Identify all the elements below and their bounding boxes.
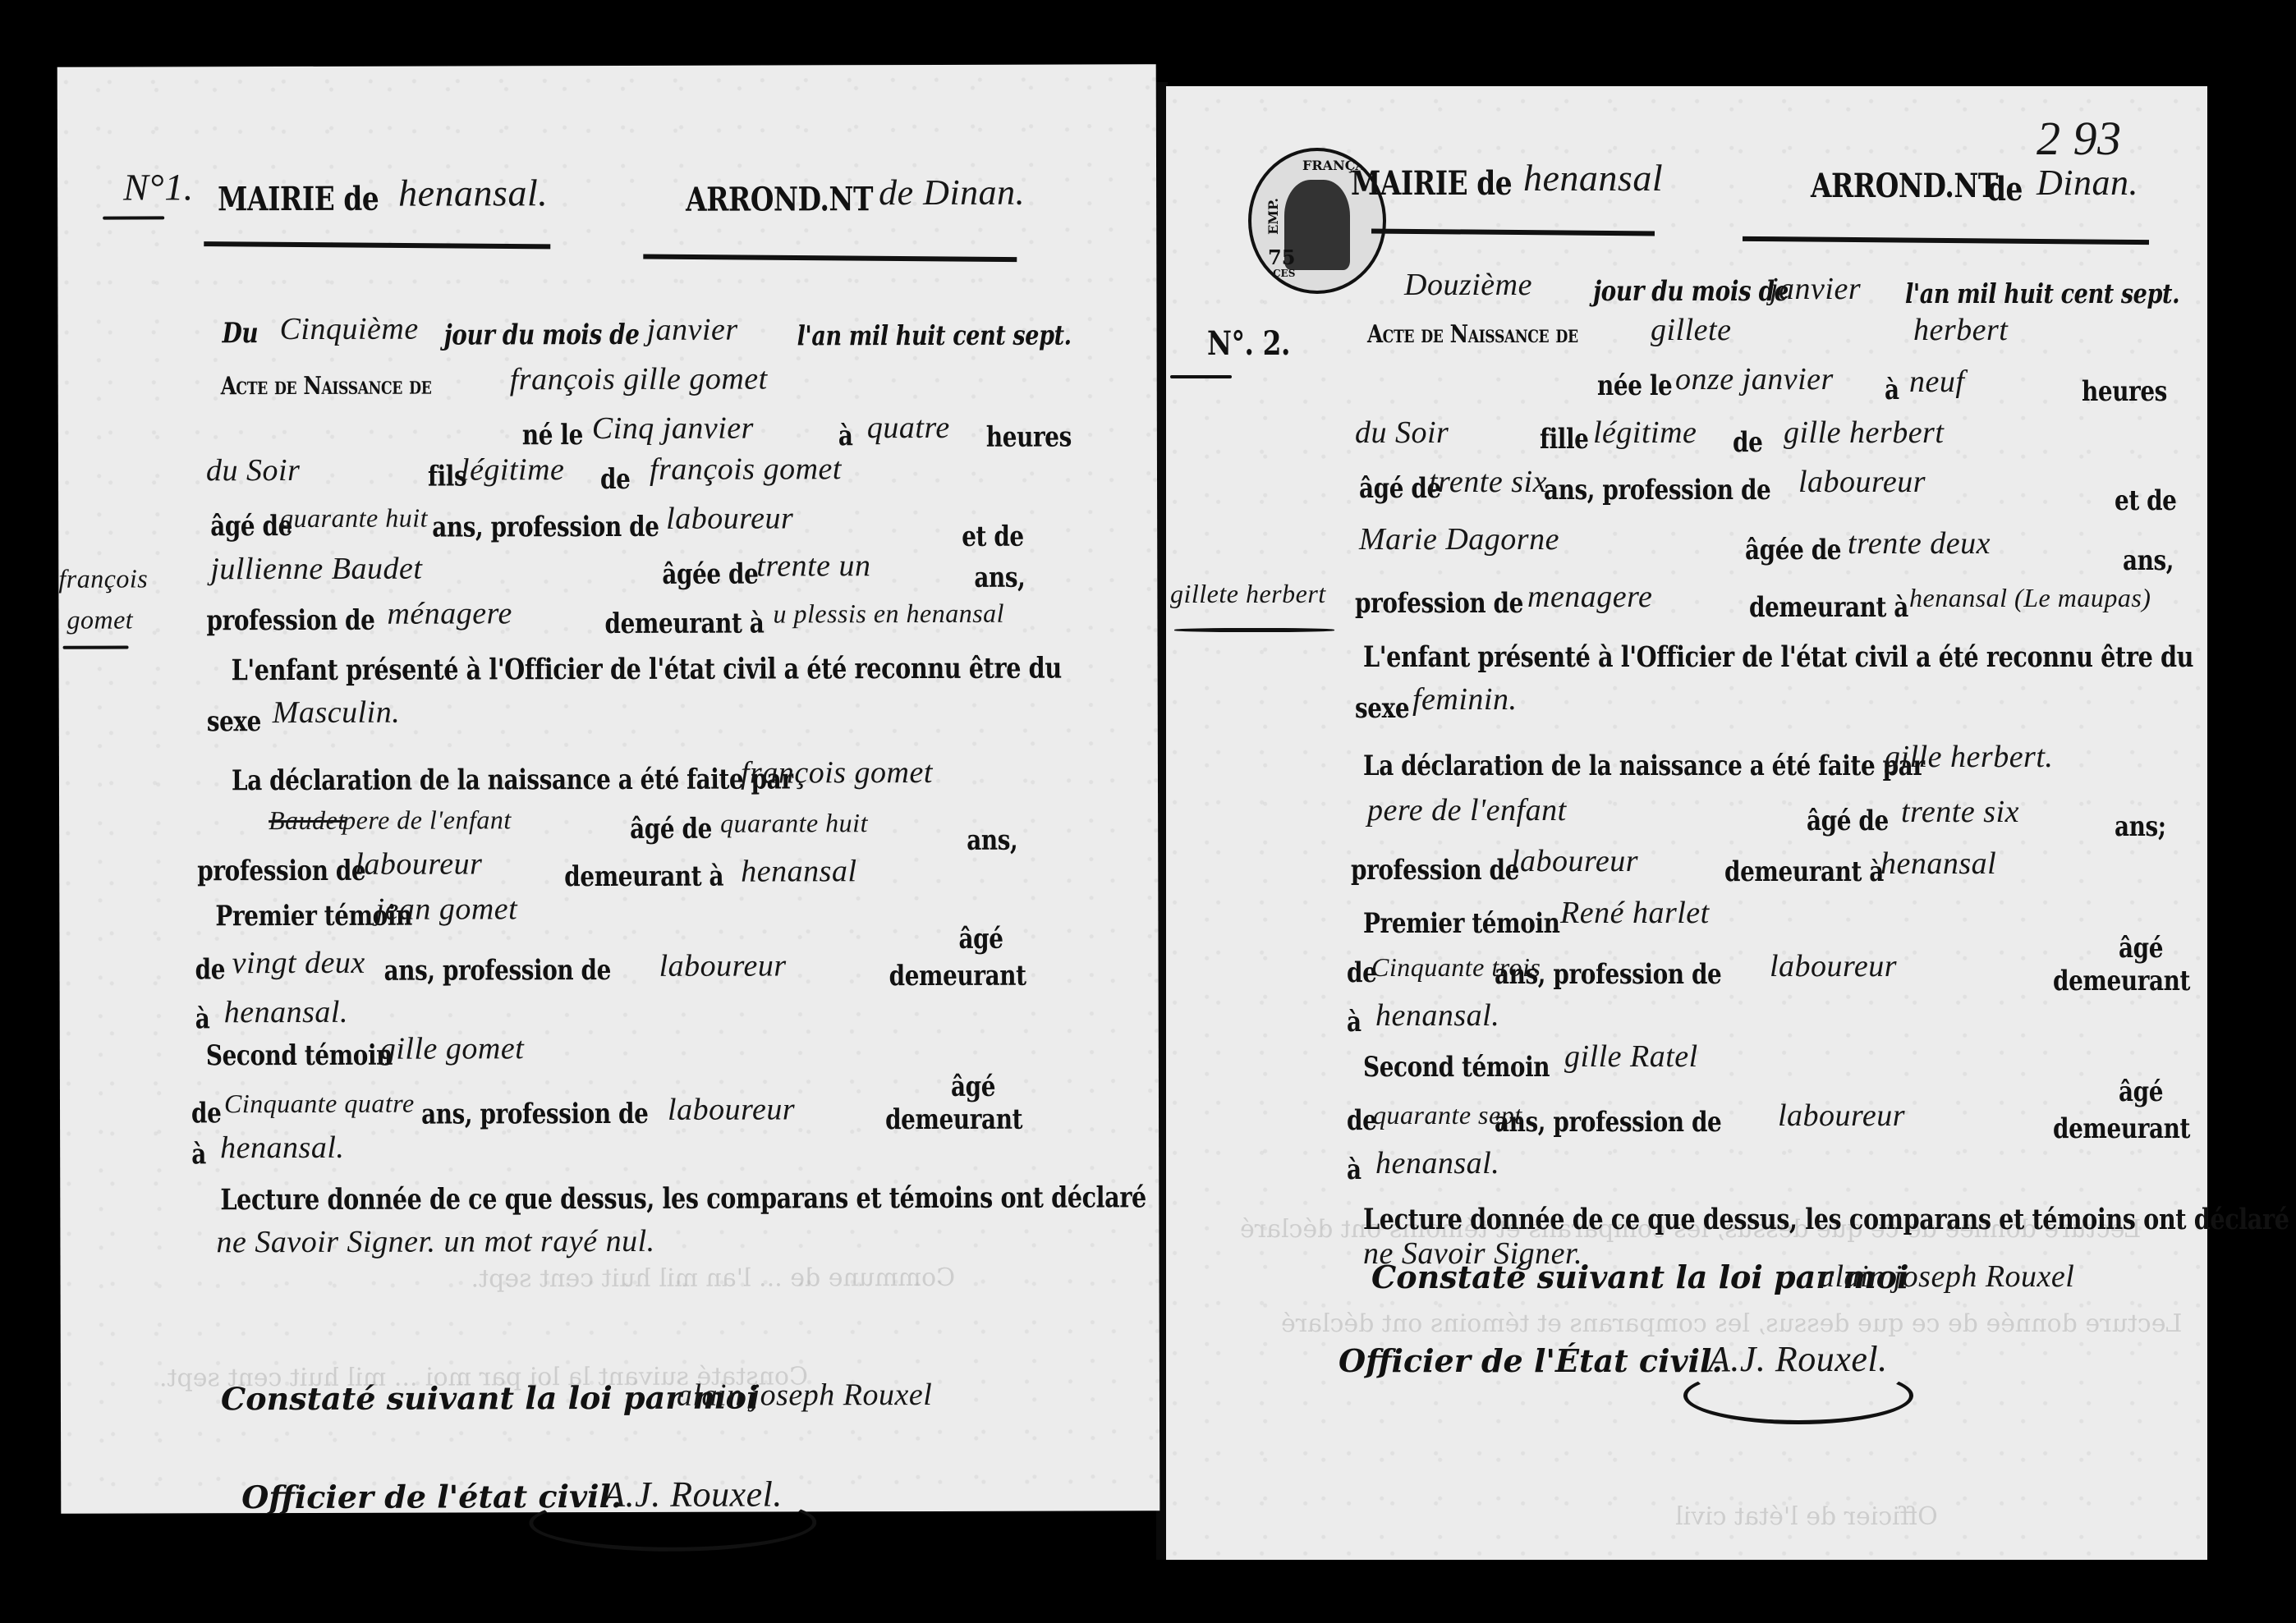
temoin2-age-label: âgé — [2119, 1075, 2163, 1108]
declarant-residence-label: demeurant à — [1724, 855, 1884, 888]
born-label: né le — [522, 419, 583, 452]
temoin2-profession: laboureur — [1778, 1098, 1905, 1134]
temoin1-residence-label: demeurant — [2053, 965, 2190, 997]
mother-ans: ans, — [2123, 544, 2174, 577]
declarant-age: quarante huit — [720, 808, 868, 838]
temoin2-name: gille Ratel — [1564, 1038, 1698, 1075]
date-day: Cinquième — [279, 311, 418, 347]
temoin1-residence: henansal. — [224, 994, 348, 1030]
temoin1-profession: laboureur — [1770, 948, 1897, 984]
declarant-residence-label: demeurant à — [564, 860, 723, 894]
date-suffix: l'an mil huit cent sept. — [797, 319, 1072, 352]
declarant-struck-word: Baudet — [269, 805, 346, 836]
bleed-through-text: Officier de l'état civil — [1675, 1502, 1938, 1531]
temoin2-profession: laboureur — [668, 1091, 795, 1127]
mother-prof-label: profession de — [206, 604, 374, 638]
stamp-side-text: EMP. — [1265, 198, 1281, 235]
acte-label: Acte de Naissance de — [221, 372, 432, 401]
temoin1-a: à — [195, 1002, 210, 1035]
arrondissement-label: ARROND.NT — [686, 180, 873, 219]
father-name: françois gomet — [650, 451, 842, 488]
declarant-relation: pere de l'enfant — [1367, 792, 1567, 828]
enfant-statement: L'enfant présenté à l'Officier de l'état… — [232, 652, 1062, 688]
filiation-value: légitime — [461, 452, 565, 488]
declaration-label: La déclaration de la naissance a été fai… — [1363, 750, 1925, 782]
temoin1-de: de — [195, 953, 226, 986]
mother-age: trente un — [756, 548, 870, 584]
temoin2-residence-label: demeurant — [885, 1103, 1022, 1136]
declaration-label: La déclaration de la naissance a été fai… — [232, 763, 793, 797]
born-hour: quatre — [867, 410, 950, 446]
date-month: janvier — [1770, 271, 1861, 307]
lecture-statement: Lecture donnée de ce que dessus, les com… — [220, 1181, 1146, 1217]
stamp-unit: CES — [1273, 268, 1295, 279]
lecture-value: ne Savoir Signer. un mot rayé nul. — [216, 1223, 654, 1260]
temoin1-profession: laboureur — [659, 947, 787, 983]
constate-officer-name: alain joseph Rouxel — [677, 1377, 932, 1414]
declarant-name: gille herbert. — [1885, 739, 2053, 775]
temoin2-label: Second témoin — [1363, 1051, 1550, 1084]
declarant-ans: ans; — [2115, 810, 2166, 843]
born-at: à — [1885, 374, 1899, 406]
margin-note: gillete herbert — [1170, 579, 1326, 609]
born-at: à — [838, 420, 853, 452]
temoin1-age-label: âgé — [2119, 932, 2163, 965]
header-rule-right — [643, 254, 1017, 263]
left-page-birth-record-1: N°1. MAIRIE de henansal. ARROND.NT de Di… — [57, 64, 1160, 1513]
declarant-prof-label: profession de — [1351, 854, 1519, 887]
sexe-label: sexe — [207, 705, 261, 738]
date-day: Douzième — [1404, 267, 1532, 303]
temoin2-ans-prof: ans, profession de — [1495, 1106, 1721, 1139]
declarant-age-label: âgé de — [630, 813, 712, 846]
margin-note-last: gomet — [67, 605, 133, 635]
temoin1-label: Premier témoin — [1363, 907, 1559, 940]
temoin2-residence: henansal. — [1375, 1145, 1499, 1181]
declarant-relation: pere de l'enfant — [342, 805, 512, 836]
et-de-label: et de — [2115, 484, 2177, 517]
enfant-statement: L'enfant présenté à l'Officier de l'état… — [1363, 640, 2193, 674]
temoin1-a: à — [1347, 1006, 1362, 1038]
mother-profession: ménagere — [387, 595, 512, 631]
declarant-profession: laboureur — [355, 846, 482, 882]
mairie-label: MAIRIE de — [218, 180, 379, 219]
margin-note-wavy-underline — [1174, 628, 1334, 632]
acte-name: françois gille gomet — [510, 360, 768, 397]
born-date: onze janvier — [1675, 361, 1834, 397]
father-ans-prof: ans, profession de — [432, 511, 659, 544]
record-number: N°1. — [123, 165, 194, 209]
header-rule-left — [204, 241, 550, 249]
temoin1-ans-prof: ans, profession de — [384, 954, 611, 988]
temoin2-residence: henansal. — [220, 1130, 344, 1166]
temoin2-ans-prof: ans, profession de — [421, 1098, 648, 1131]
mother-name: Marie Dagorne — [1359, 521, 1559, 557]
born-date: Cinq janvier — [592, 410, 754, 447]
date-prefix: Du — [222, 317, 258, 350]
officier-label: Officier de l'État civil. — [1339, 1342, 1723, 1379]
mother-ans: ans, — [974, 562, 1025, 594]
temoin1-name: René harlet — [1560, 895, 1710, 931]
father-profession: laboureur — [1798, 464, 1926, 500]
father-profession: laboureur — [666, 500, 793, 536]
mairie-value: henansal. — [398, 171, 548, 214]
acte-first-name: gillete — [1651, 312, 1731, 348]
mairie-label: MAIRIE de — [1351, 164, 1512, 203]
father-age: trente six — [1429, 464, 1547, 500]
declarant-residence: henansal — [741, 853, 856, 889]
temoin2-residence-label: demeurant — [2053, 1112, 2190, 1145]
temoin1-residence: henansal. — [1375, 997, 1499, 1034]
bleed-through-text: Lecture donnée de ce que dessus, les com… — [1240, 1215, 2141, 1244]
arrondissement-value: de Dinan. — [879, 172, 1025, 213]
temoin2-label: Second témoin — [206, 1039, 393, 1073]
stamp-value: 75 — [1268, 245, 1295, 269]
right-page-birth-record-2: 2 93 FRANÇAIS EMP. 75 CES MAIRIE de hena… — [1166, 86, 2207, 1560]
temoin2-age: Cinquante quatre — [224, 1089, 415, 1120]
filiation-de: de — [1733, 426, 1762, 459]
born-hour: neuf — [1909, 364, 1964, 400]
signature-flourish — [1683, 1367, 1913, 1424]
mother-age-label: âgée de — [1745, 534, 1841, 566]
declarant-profession: laboureur — [1511, 843, 1638, 879]
record-number-underline — [103, 216, 164, 219]
temoin2-age-label: âgé — [951, 1071, 995, 1103]
filiation-de: de — [600, 463, 631, 496]
filiation-value: légitime — [1593, 415, 1697, 451]
declarant-age: trente six — [1901, 794, 2019, 830]
sexe-value: Masculin. — [273, 695, 401, 731]
record-number-underline — [1170, 375, 1232, 378]
born-label: née le — [1597, 369, 1672, 402]
father-age: quarante huit — [280, 503, 428, 534]
acte-last-name: herbert — [1913, 312, 2008, 348]
record-number: N°. 2. — [1207, 324, 1290, 363]
time-of-day: du Soir — [206, 452, 300, 488]
bleed-through-text: Commune de ... l'an mil huit cent sept. — [471, 1263, 956, 1294]
declarant-ans: ans, — [967, 824, 1017, 857]
temoin2-de: de — [1347, 1104, 1376, 1137]
arrondissement-label: ARROND.NT — [1811, 167, 1998, 205]
father-ans-prof: ans, profession de — [1544, 474, 1770, 507]
margin-note-underline — [63, 646, 129, 649]
arrondissement-value: Dinan. — [2037, 162, 2138, 204]
declarant-prof-label: profession de — [197, 855, 365, 888]
declarant-name: françois gomet — [741, 754, 933, 791]
time-of-day: du Soir — [1355, 415, 1449, 451]
constate-officer-name: alain joseph Rouxel — [1819, 1259, 2074, 1295]
mother-residence: u plessis en henansal — [773, 598, 1004, 630]
date-suffix: l'an mil huit cent sept. — [1905, 277, 2179, 309]
arrondissement-de: de — [1987, 170, 2023, 209]
sexe-value: feminin. — [1412, 681, 1517, 718]
mother-age: trente deux — [1848, 525, 1991, 562]
mairie-value: henansal — [1523, 156, 1663, 199]
mother-profession: menagere — [1527, 579, 1652, 615]
declarant-age-label: âgé de — [1807, 805, 1889, 837]
mother-name: jullienne Baudet — [210, 551, 422, 588]
hours-label: heures — [986, 421, 1072, 454]
header-rule-left — [1371, 228, 1655, 236]
temoin1-name: jean gomet — [375, 891, 517, 927]
temoin1-residence-label: demeurant — [889, 960, 1026, 993]
temoin2-name: gille gomet — [380, 1030, 525, 1066]
header-rule-right — [1743, 236, 2149, 245]
folio-number: 2 93 — [2037, 111, 2122, 166]
et-de-label: et de — [962, 520, 1024, 553]
acte-label: Acte de Naissance de — [1367, 320, 1578, 349]
mother-prof-label: profession de — [1355, 587, 1523, 620]
mother-residence: henansal (Le maupas) — [1909, 583, 2151, 613]
mother-residence-label: demeurant à — [1749, 591, 1908, 624]
temoin2-a: à — [1347, 1153, 1362, 1186]
declarant-residence: henansal — [1880, 846, 1996, 882]
temoin2-a: à — [191, 1138, 206, 1171]
date-mid: jour du mois de — [1593, 275, 1789, 308]
filiation-label: fille — [1540, 423, 1588, 456]
signature-flourish — [529, 1493, 816, 1552]
sexe-label: sexe — [1355, 692, 1409, 725]
date-month: janvier — [646, 312, 737, 348]
margin-note-first: françois — [58, 563, 148, 594]
temoin1-age: vingt deux — [232, 945, 365, 981]
father-name: gille herbert — [1784, 415, 1944, 451]
temoin1-ans-prof: ans, profession de — [1495, 958, 1721, 991]
date-mid: jour du mois de — [444, 319, 640, 352]
mother-age-label: âgée de — [662, 558, 758, 591]
mother-residence-label: demeurant à — [604, 607, 764, 641]
temoin2-de: de — [191, 1097, 222, 1130]
temoin1-age-label: âgé — [958, 923, 1003, 956]
bleed-through-text: Lecture donnée de ce que dessus, les com… — [1281, 1309, 2182, 1338]
hours-label: heures — [2082, 375, 2167, 408]
